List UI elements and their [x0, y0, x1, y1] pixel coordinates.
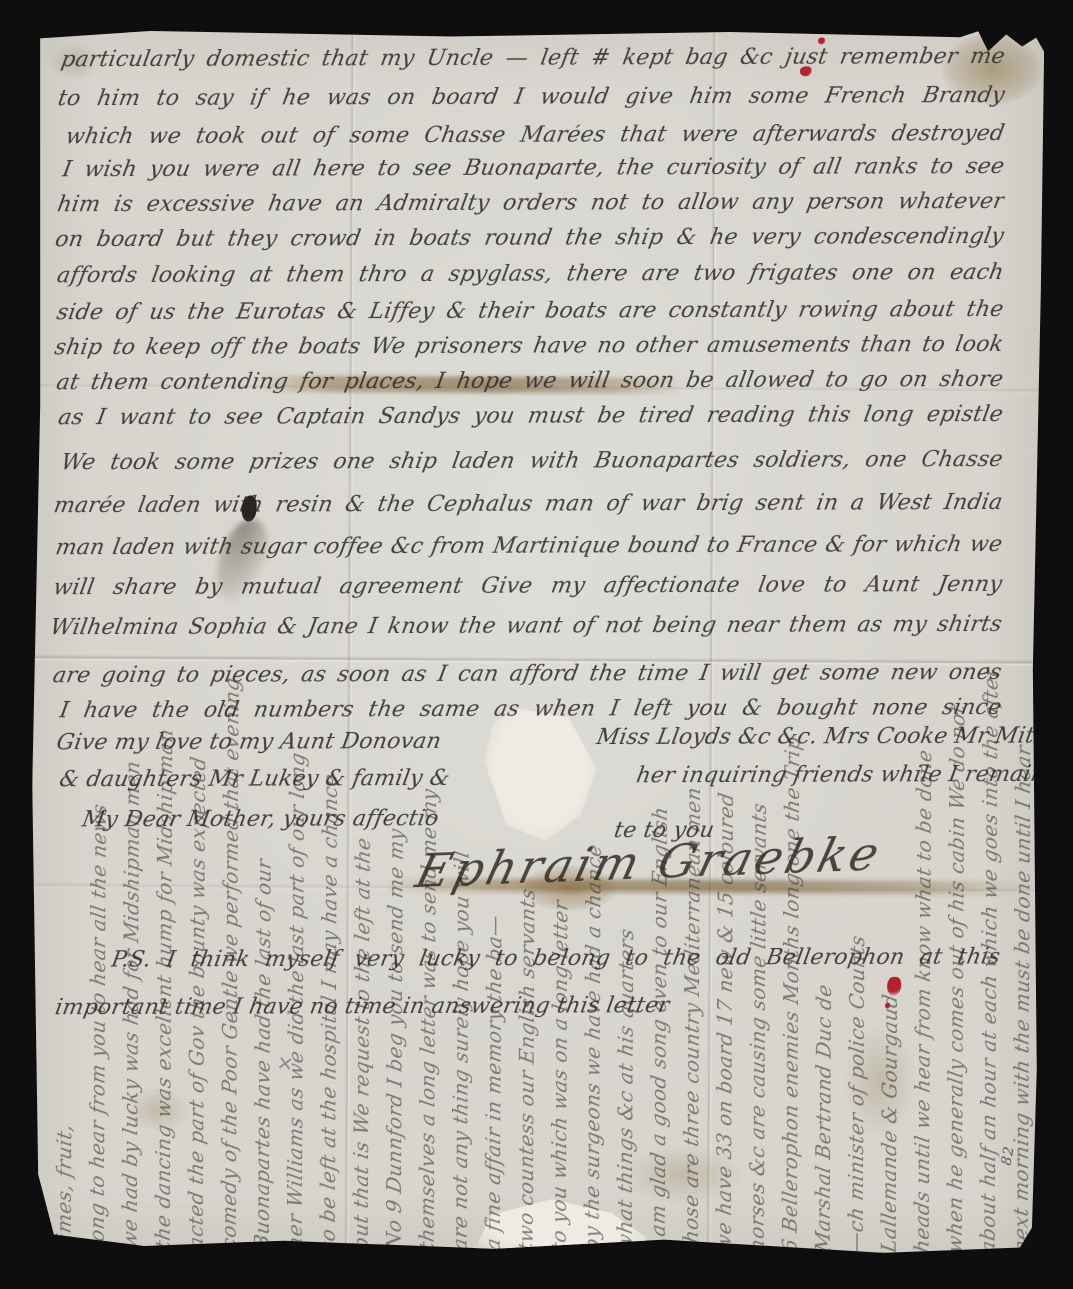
stain-bottom-middle [620, 1143, 745, 1206]
letter-line: important time I have no time in answeri… [53, 995, 671, 1019]
handwriting-layer: particularly domestic that my Uncle — le… [30, 24, 1048, 29]
letter-line: on board but they crowd in boats round t… [53, 226, 1006, 255]
letter-line: P.S. I think myself very lucky to belong… [109, 947, 1002, 976]
cross-writing-column: times, fruit, [54, 1122, 75, 1249]
red-wax-speck-1 [818, 37, 825, 44]
letter-line: side of us the Eurotas & Liffey & their … [54, 299, 1005, 328]
letter-line: which we took out of some Chasse Marées … [63, 123, 1006, 152]
cross-writing-column: the dancing was excellent hump for Midsh… [153, 727, 176, 1250]
letter-line: will share by mutual agreement Give my a… [51, 574, 1004, 603]
pencil-cross-mark: ✕ [275, 1051, 295, 1077]
stain-right-lower [842, 1024, 917, 1139]
letter-line: Miss Lloyds &c &c. Mrs Cooke Mr Mitchel [595, 726, 1073, 750]
cross-writing-column: but that is We request to the left at th… [351, 836, 373, 1251]
letter-line: Wilhelmina Sophia & Jane I know the want… [48, 614, 1004, 643]
letter-paper: ✕ 82 times, fruit,long to hear from you … [24, 24, 1048, 1257]
letter-line: I have the old numbers the same as when … [57, 697, 1003, 726]
letter-line: We took some prizes one ship laden with … [58, 449, 1004, 478]
letter-line: affords looking at them thro a spyglass,… [54, 262, 1005, 291]
cross-writing-column: by the surgeons we have had a chance [582, 843, 604, 1253]
letter-line: him is excessive have an Admiralty order… [55, 191, 1006, 220]
letter-line: as I want to see Captain Sandys you must… [56, 404, 1005, 433]
cross-writing-column: next morning with the must be done until… [1011, 744, 1034, 1255]
cross-writing-column: two countess our English servants [516, 887, 538, 1252]
letter-line: & daughters Mr Lukey & family & [58, 768, 452, 791]
repair-patch-bottom [474, 1199, 646, 1254]
letter-line: particularly domestic that my Uncle — le… [59, 46, 1007, 75]
cross-writing-column: —ch minister of police Counts [846, 934, 868, 1254]
cross-writing-column: Marshal Bertrand Duc de [813, 983, 834, 1254]
cross-writing-column: Buonapartes have had the last of our [252, 857, 274, 1251]
letter-line: man laden with sugar coffee &c from Mart… [53, 534, 1004, 563]
red-wax-dot [885, 1003, 890, 1009]
letter-line: at them contending for places, I hope we… [54, 369, 1005, 398]
scan-background: ✕ 82 times, fruit,long to hear from you … [0, 0, 1073, 1289]
letter-line: are going to pieces, as soon as I can af… [50, 662, 1003, 691]
letter-line: My Dear Mother, yours affectio [80, 808, 440, 831]
signature: Ephraim Graebke [411, 827, 888, 898]
cross-writing-column: long to hear from you to hear all the ne… [87, 802, 109, 1250]
letter-line: Give my love to my Aunt Donovan [55, 731, 443, 754]
cross-writing-column: No 9 Dunnford I beg you to send me my [384, 827, 406, 1252]
cross-writing-column: heads until we hear from know what to be… [912, 748, 935, 1254]
letter-line: marée laden with resin & the Cephalus ma… [51, 492, 1004, 521]
cross-writing-column: 6 Bellerophon enemies Months long one th… [780, 735, 803, 1254]
letter-line: I wish you were all here to see Buonapar… [60, 156, 1006, 185]
letter-line: her inquiring friends while I remain [635, 764, 1047, 787]
cross-writing-column: Lallemande & Gourgaud [879, 993, 900, 1254]
red-wax-blob [887, 977, 901, 996]
stain-bottom-left [124, 1087, 190, 1133]
folio-number: 82 [999, 1144, 1018, 1166]
cross-writing-column: what things &c at his quarters [615, 927, 637, 1253]
cross-writing-column: are not any thing surely hope you will [450, 849, 472, 1252]
repair-patch-center [484, 709, 597, 842]
letter-line: ship to keep off the boats We prisoners … [52, 334, 1005, 363]
letter-line: to him to say if he was on board I would… [55, 85, 1006, 114]
